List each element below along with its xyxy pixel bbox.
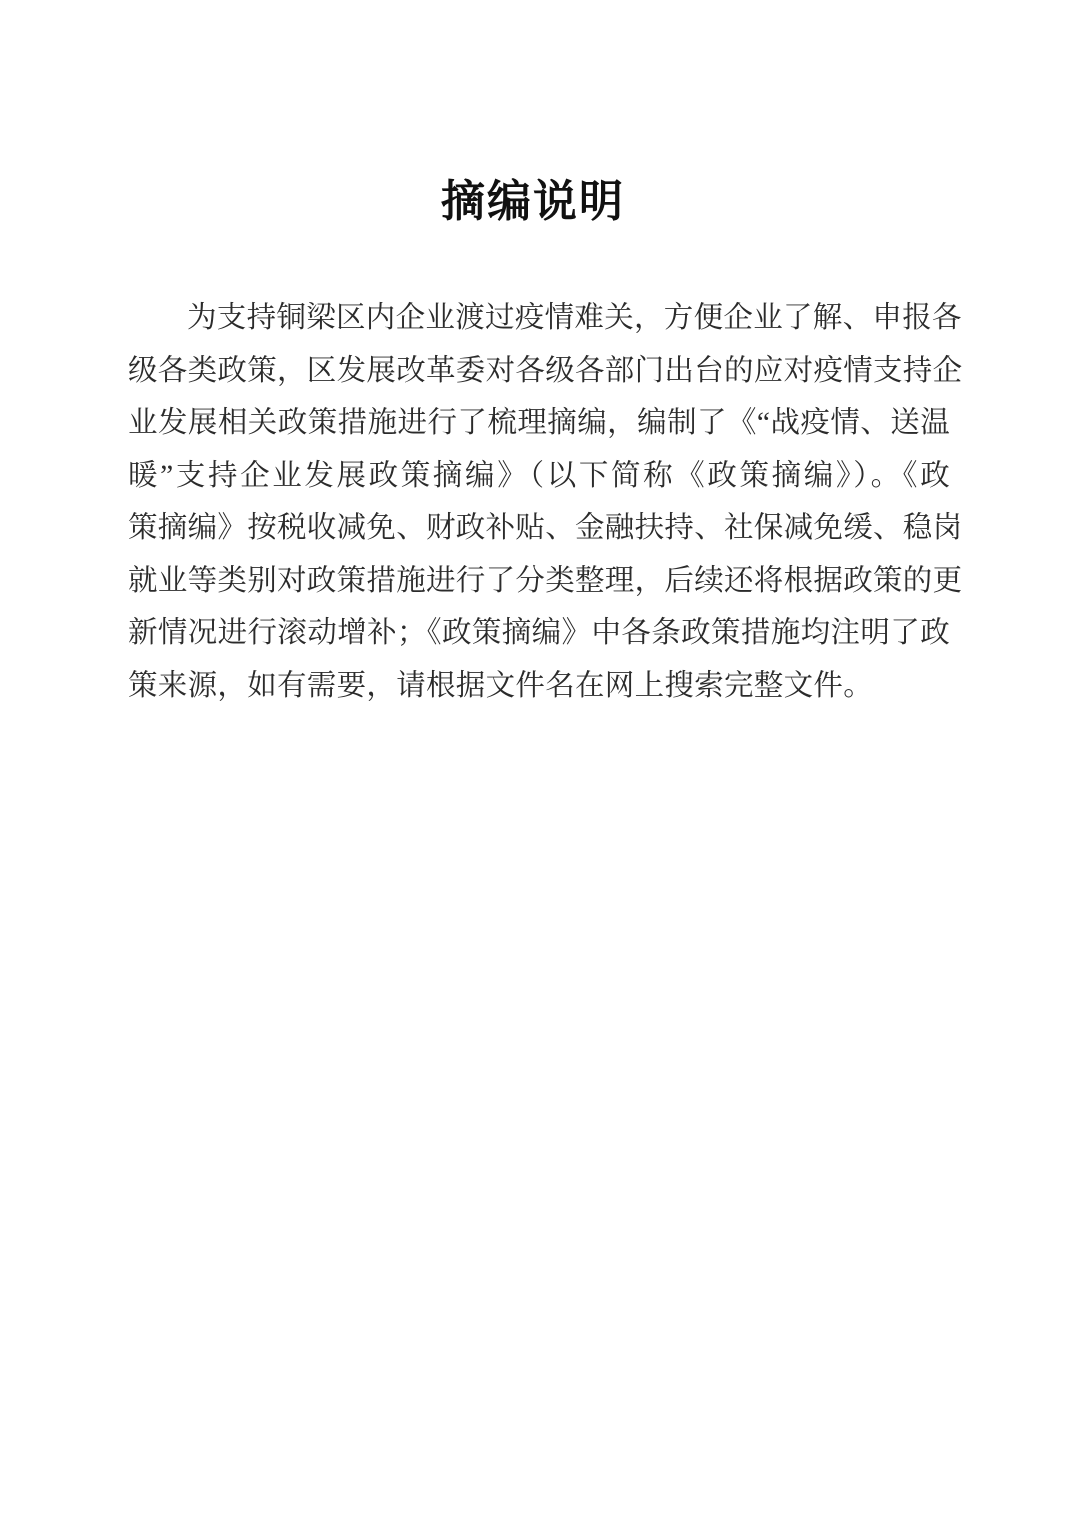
body-line: 就业等类别对政策措施进行了分类整理，后续还将根据政策的更: [128, 555, 950, 608]
document-page: 摘编说明 为支持铜梁区内企业渡过疫情难关，方便企业了解、申报各 级各类政策，区发…: [0, 0, 1075, 1520]
body-line: 策来源，如有需要，请根据文件名在网上搜索完整文件。: [128, 660, 950, 713]
body-line: 策摘编》按税收减免、财政补贴、金融扶持、社保减免缓、稳岗: [128, 502, 950, 555]
body-line: 级各类政策，区发展改革委对各级各部门出台的应对疫情支持企: [128, 345, 950, 398]
document-title: 摘编说明: [118, 176, 948, 229]
body-line: 新情况进行滚动增补；《政策摘编》中各条政策措施均注明了政: [128, 607, 950, 660]
body-line: 暖”支持企业发展政策摘编》（以下简称《政策摘编》）。《政: [128, 450, 950, 503]
body-line: 为支持铜梁区内企业渡过疫情难关，方便企业了解、申报各: [128, 292, 950, 345]
body-line: 业发展相关政策措施进行了梳理摘编，编制了《“战疫情、送温: [128, 397, 950, 450]
document-body: 为支持铜梁区内企业渡过疫情难关，方便企业了解、申报各 级各类政策，区发展改革委对…: [128, 292, 950, 712]
